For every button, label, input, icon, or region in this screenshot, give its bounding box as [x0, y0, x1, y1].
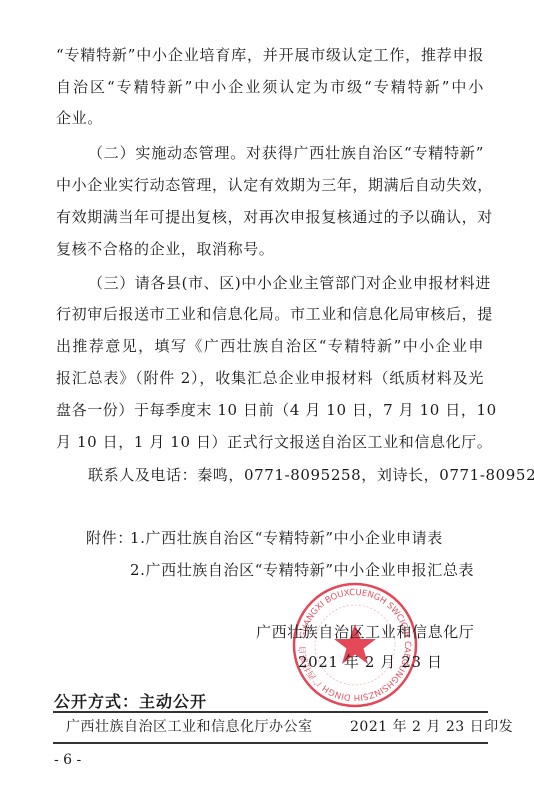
body-line: 报汇总表》（附件 2），收集汇总企业申报材料（纸质材料及光 — [56, 368, 484, 388]
body-line: 出推荐意见，填写《广西壮族自治区“专精特新”中小企业申 — [56, 336, 484, 356]
section-3-heading-line: （三）请各县(市、区)中小企业主管部门对企业申报材料进 — [88, 273, 484, 293]
body-line: 有效期满当年可提出复核，对再次申报复核通过的予以确认，对 — [56, 207, 484, 227]
signing-organization: 广西壮族自治区工业和信息化厅 — [256, 622, 474, 642]
contact-line: 联系人及电话：秦鸣，0771-8095258，刘诗长，0771-8095259 — [88, 465, 484, 485]
signing-date: 2021 年 2 月 23 日 — [298, 652, 443, 672]
footer-bottom-rule — [53, 742, 488, 744]
footer-issue-date: 2021 年 2 月 23 日印发 — [350, 718, 513, 736]
page-number: - 6 - — [54, 752, 81, 768]
body-line: “专精特新”中小企业培育库，并开展市级认定工作，推荐申报 — [56, 45, 484, 65]
footer-top-rule — [53, 711, 488, 713]
body-line: 行初审后报送市工业和信息化局。市工业和信息化局审核后，提 — [56, 304, 484, 324]
footer-issuer: 广西壮族自治区工业和信息化厅办公室 — [66, 718, 313, 736]
attachment-item: 1.广西壮族自治区“专精特新”中小企业申请表 — [130, 528, 443, 548]
body-line: 自治区“专精特新”中小企业须认定为市级“专精特新”中小 — [56, 77, 484, 97]
body-line: 企业。 — [56, 108, 484, 128]
body-line: 中小企业实行动态管理，认定有效期为三年，期满后自动失效， — [56, 175, 484, 195]
attachments-label: 附件： — [86, 528, 133, 548]
disclosure-method: 公开方式：主动公开 — [54, 689, 207, 712]
body-line: 复核不合格的企业，取消称号。 — [56, 239, 484, 259]
official-seal-icon: GUANGXI BOUXCUENGH SWCIGIH CAEGUNGHSINZS… — [292, 582, 418, 708]
body-line: 盘各一份）于每季度末 10 日前（4 月 10 日，7 月 10 日，10 — [56, 400, 484, 420]
attachment-item: 2.广西壮族自治区“专精特新”中小企业申报汇总表 — [130, 560, 474, 580]
section-2-heading-line: （二）实施动态管理。对获得广西壮族自治区“专精特新” — [88, 143, 484, 163]
body-line: 月 10 日，1 月 10 日）正式行文报送自治区工业和信息化厅。 — [56, 432, 484, 452]
